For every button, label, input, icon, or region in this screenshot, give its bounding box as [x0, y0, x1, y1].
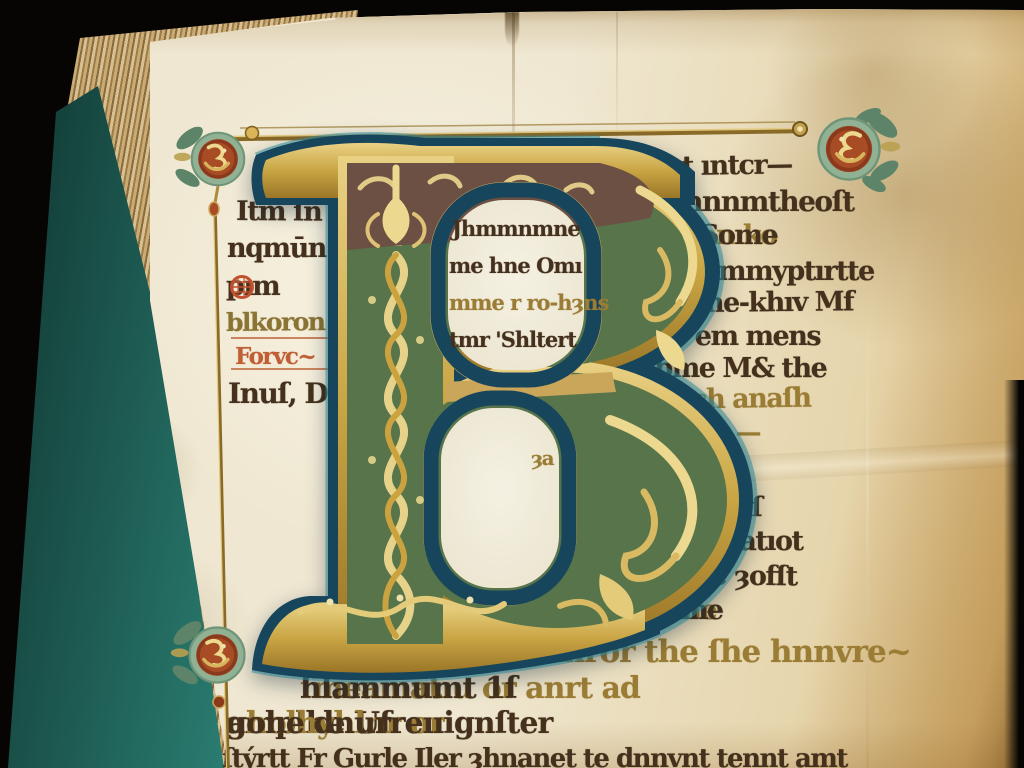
lower-counter-mark: ȝa: [531, 446, 553, 470]
counter-line: Jhmmnmne: [452, 216, 580, 241]
right-edge-shadow: [1004, 380, 1024, 768]
counter-line: tmr 'Shltert: [449, 327, 576, 352]
counter-line: me hne Omı: [449, 253, 582, 278]
manuscript-photo-scene: Itm ſn nqmūn pım blkoron Forvc~ Inuſ, Dı…: [0, 0, 1024, 768]
script-over-layer: Jhmmnmne me hne Omı mme r ro-hȝns tmr 'S…: [0, 0, 1024, 768]
counter-line: mme r ro-hȝns: [449, 290, 608, 315]
